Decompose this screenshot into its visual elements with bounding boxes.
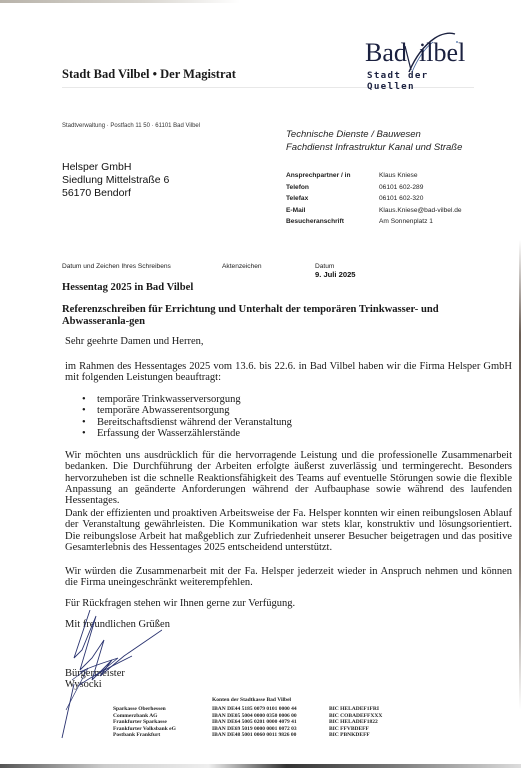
letter-date: 9. Juli 2025 [315, 270, 356, 279]
contact-visitor-address: Am Sonnenplatz 1 [379, 218, 433, 230]
bank-name: Frankfurter Sparkasse [113, 719, 176, 726]
recipient-street: Siedlung Mittelstraße 6 [62, 174, 169, 187]
contact-phone[interactable]: 06101 602-289 [379, 184, 423, 196]
contact-label: E-Mail [286, 207, 379, 219]
list-item: • Bereitschaftsdienst während der Verans… [82, 417, 292, 428]
bank-iban: IBAN DE69 5019 0000 0001 0072 03 [212, 726, 297, 733]
bank-bic: BIC HELADEF1822 [329, 719, 382, 726]
bank-name: Sparkasse Oberhessen [113, 706, 176, 713]
contact-email[interactable]: Klaus.Kniese@bad-vilbel.de [379, 207, 462, 219]
logo-tagline: Stadt der Quellen [367, 70, 475, 92]
bank-bic: BIC HELADEF1FRI [329, 706, 382, 713]
bank-bics: BIC HELADEF1FRI BIC COBADEFFXXX BIC HELA… [329, 706, 382, 739]
contact-value: Klaus Kniese [379, 172, 418, 184]
service-item: Bereitschaftsdienst während der Veransta… [97, 417, 292, 428]
recipient-city: 56170 Bendorf [62, 187, 169, 200]
contact-label: Telefon [286, 184, 379, 196]
contact-label: Ansprechpartner / in [286, 172, 379, 184]
bank-iban: IBAN DE05 5004 0000 0350 0006 00 [212, 713, 297, 720]
contact-block: Ansprechpartner / in Klaus Kniese Telefo… [286, 172, 462, 230]
department-division: Fachdienst Infrastruktur Kanal und Straß… [286, 142, 462, 155]
scan-shadow-top [0, 0, 240, 3]
subject-title: Hessentag 2025 in Bad Vilbel [62, 282, 193, 293]
bank-name: Postbank Frankfurt [113, 732, 176, 739]
salutation: Sehr geehrte Damen und Herren, [65, 336, 203, 347]
service-item: temporäre Trinkwasserversorgung [97, 394, 241, 405]
contact-row: Telefax 06101 602-320 [286, 195, 462, 207]
service-item: Erfassung der Wasserzählerstände [97, 428, 240, 439]
letter-page: Stadt Bad Vilbel • Der Magistrat Bad ilb… [0, 0, 521, 768]
bullet-icon: • [82, 428, 97, 439]
contact-label: Telefax [286, 195, 379, 207]
bullet-icon: • [82, 394, 97, 405]
logo-wordmark-left: Bad [365, 38, 407, 68]
list-item: • temporäre Trinkwasserversorgung [82, 394, 292, 405]
bullet-icon: • [82, 405, 97, 416]
file-reference-label: Aktenzeichen [222, 263, 262, 270]
subject-subtitle: Referenzschreiben für Errichtung und Unt… [62, 304, 502, 328]
bank-accounts-heading: Konten der Stadtkasse Bad Vilbel [212, 697, 291, 704]
recipient-company: Helsper GmbH [62, 161, 169, 174]
department-name: Technische Dienste / Bauwesen [286, 129, 462, 142]
contact-label: Besucheranschrift [286, 218, 379, 230]
bank-name: Frankfurter Volksbank eG [113, 726, 176, 733]
service-item: temporäre Abwasserentsorgung [97, 405, 229, 416]
recipient-address: Helsper GmbH Siedlung Mittelstraße 6 561… [62, 161, 169, 200]
bank-name: Commerzbank AG [113, 713, 176, 720]
sender-return-address: Stadtverwaltung · Postfach 11 50 · 61101… [62, 123, 200, 129]
contact-row: Telefon 06101 602-289 [286, 184, 462, 196]
bank-names: Sparkasse Oberhessen Commerzbank AG Fran… [113, 706, 176, 739]
contact-fax: 06101 602-320 [379, 195, 423, 207]
closing-note: Für Rückfragen stehen wir Ihnen gerne zu… [65, 598, 295, 609]
paragraph-thanks: Wir möchten uns ausdrücklich für die her… [65, 450, 512, 506]
bank-iban: IBAN DE64 5005 0201 0000 4079 41 [212, 719, 297, 726]
organization-name: Stadt Bad Vilbel • Der Magistrat [62, 67, 236, 82]
bank-iban: IBAN DE44 5185 0079 0101 0000 44 [212, 706, 297, 713]
bank-ibans: IBAN DE44 5185 0079 0101 0000 44 IBAN DE… [212, 706, 297, 739]
contact-row: E-Mail Klaus.Kniese@bad-vilbel.de [286, 207, 462, 219]
services-list: • temporäre Trinkwasserversorgung • temp… [82, 394, 292, 439]
list-item: • temporäre Abwasserentsorgung [82, 405, 292, 416]
paragraph-recommendation: Wir würden die Zusammenarbeit mit der Fa… [65, 566, 512, 589]
logo-wordmark-right: ilbel [419, 38, 465, 68]
bullet-icon: • [82, 417, 97, 428]
list-item: • Erfassung der Wasserzählerstände [82, 428, 292, 439]
bank-bic: BIC COBADEFFXXX [329, 713, 382, 720]
city-logo: Bad ilbel Stadt der Quellen [365, 28, 475, 84]
date-label: Datum [315, 263, 334, 270]
contact-row: Ansprechpartner / in Klaus Kniese [286, 172, 462, 184]
bank-bic: BIC PBNKDEFF [329, 732, 382, 739]
paragraph-cooperation: Dank der effizienten und proaktiven Arbe… [65, 508, 512, 553]
scan-shadow-bottom [0, 764, 521, 768]
department-block: Technische Dienste / Bauwesen Fachdienst… [286, 129, 462, 154]
intro-paragraph: im Rahmen des Hessentages 2025 vom 13.6.… [65, 361, 512, 384]
contact-row: Besucheranschrift Am Sonnenplatz 1 [286, 218, 462, 230]
your-letter-label: Datum und Zeichen Ihres Schreibens [62, 263, 171, 270]
bank-bic: BIC FFVBDEFF [329, 726, 382, 733]
bank-iban: IBAN DE48 5001 0060 0011 9826 00 [212, 732, 297, 739]
